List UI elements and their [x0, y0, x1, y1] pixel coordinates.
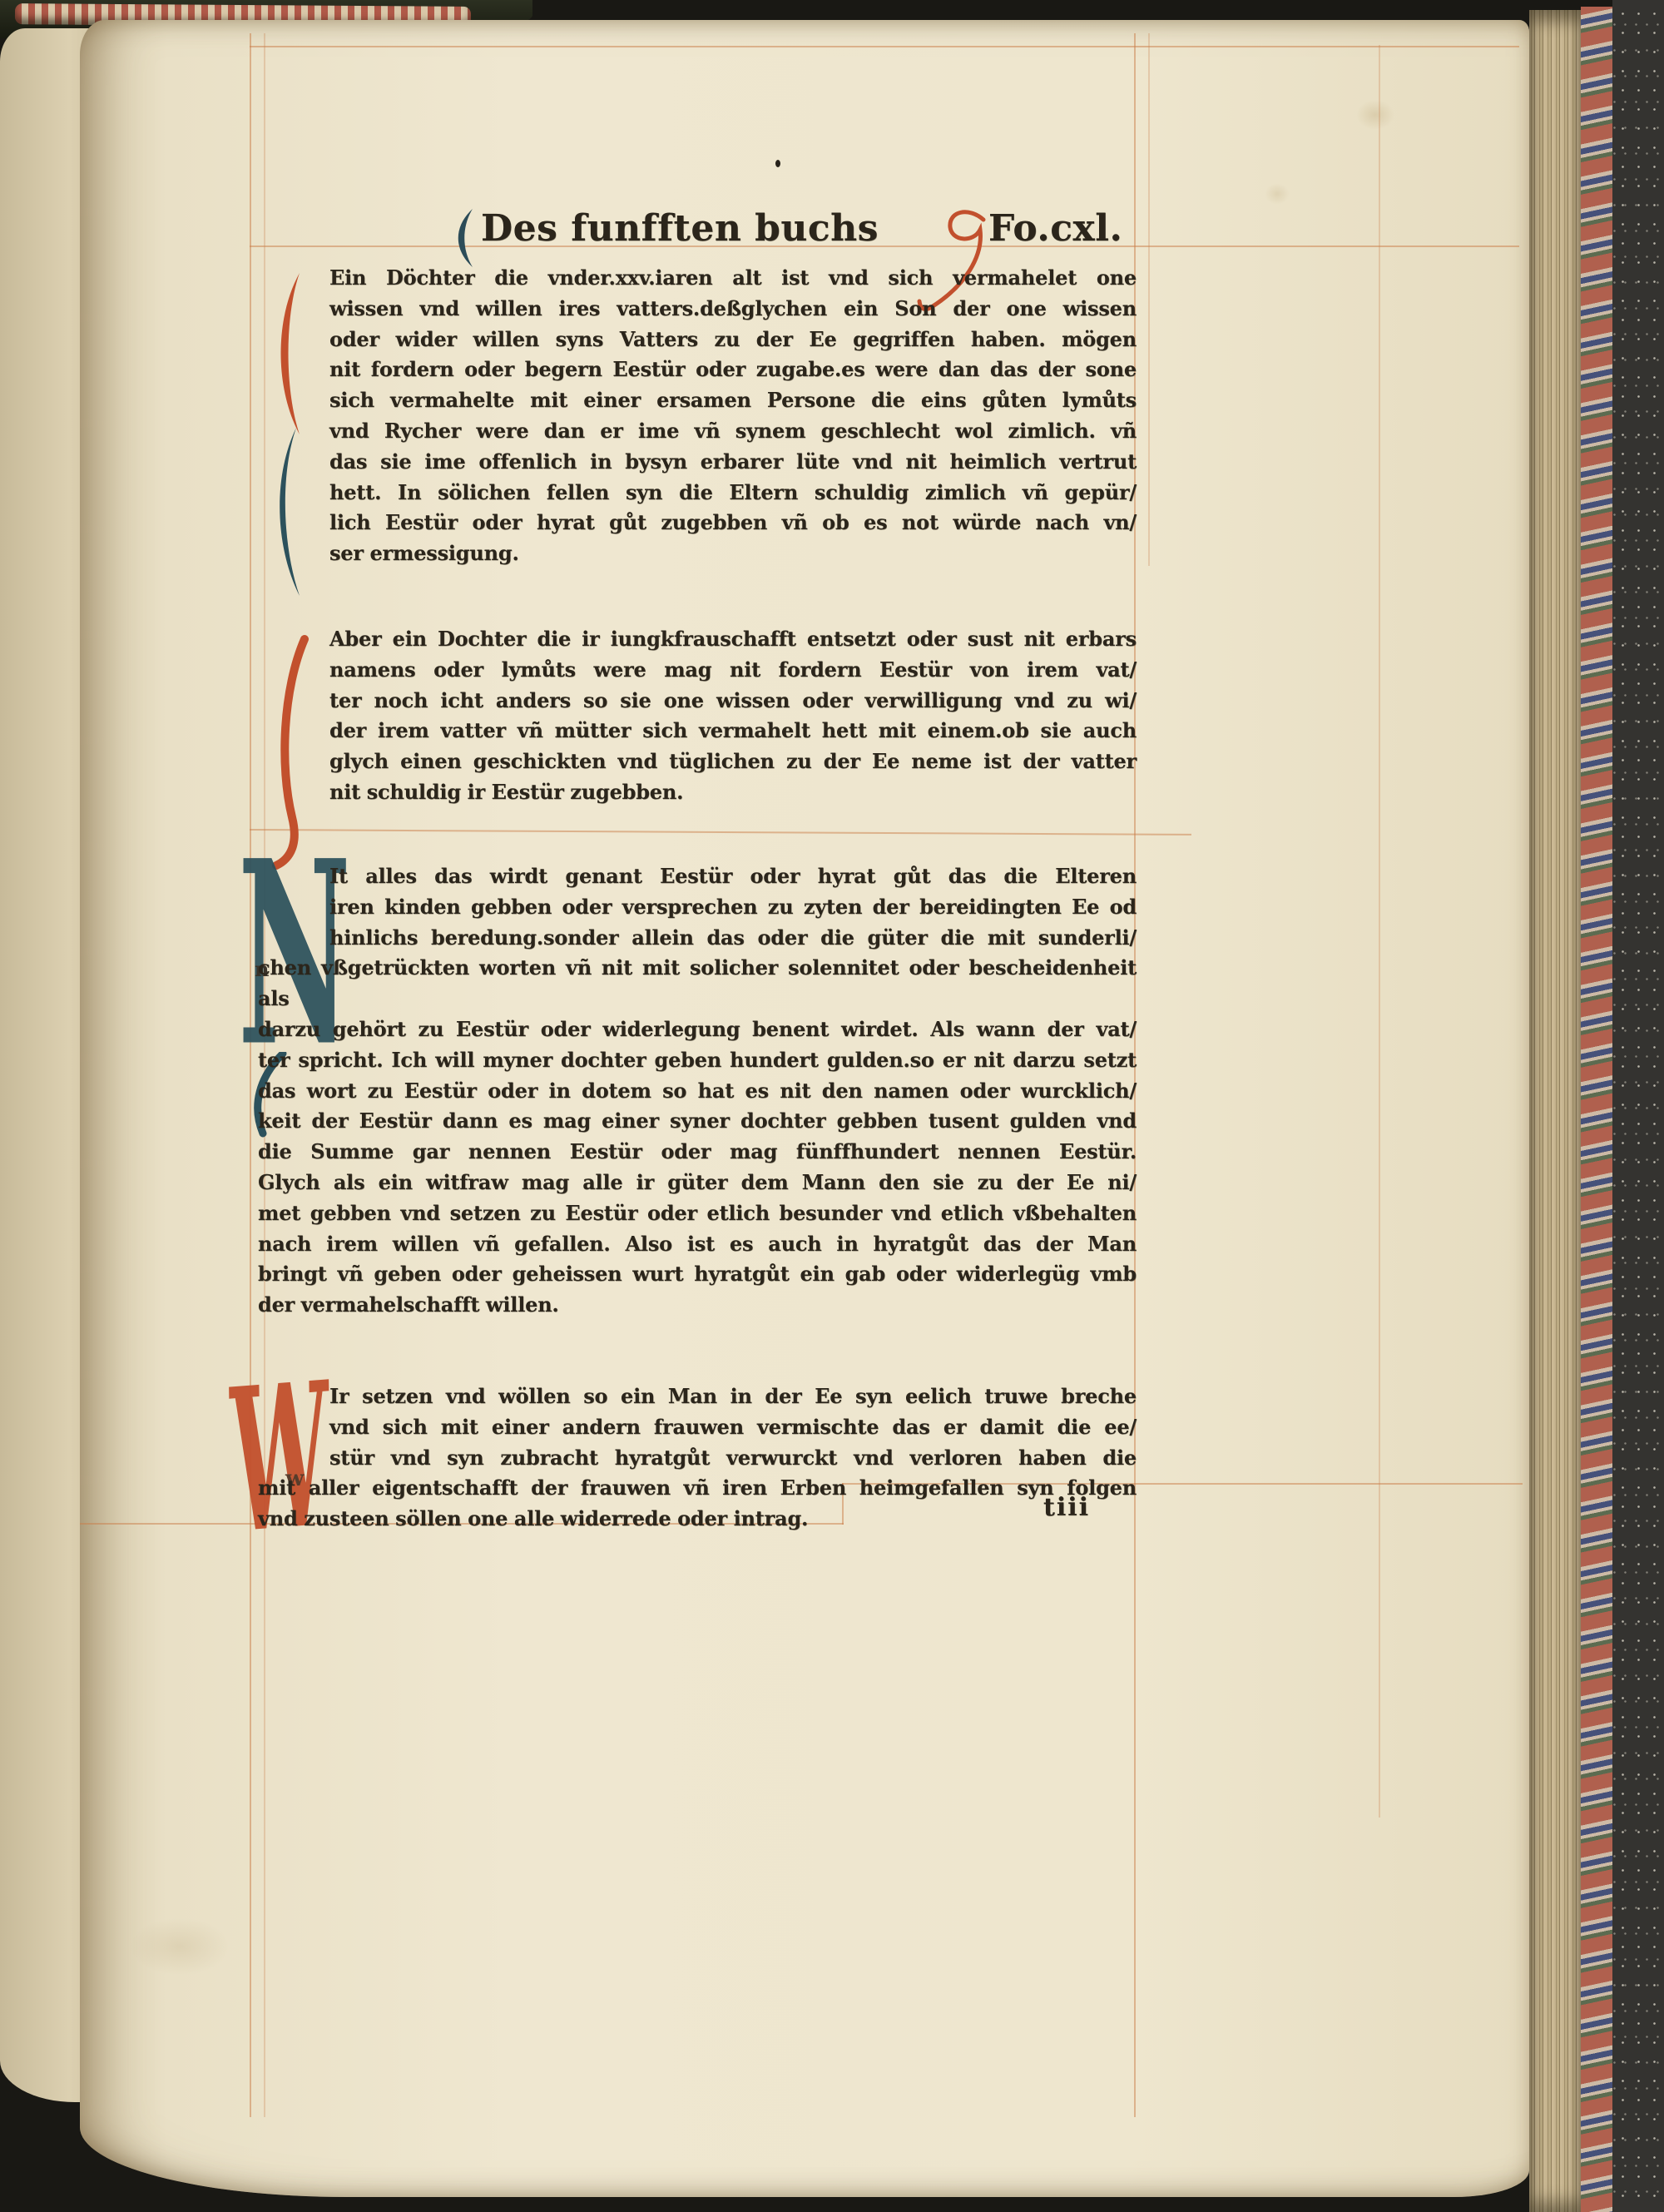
page: Des funfften buchs Fo.cxl. Ein Döchter d… — [80, 20, 1529, 2197]
text-line: die Summe gar nennen Eestür oder mag fün… — [258, 1137, 1137, 1168]
text-line: wissen vnd willen ires vatters.deßglyche… — [258, 294, 1137, 325]
ruled-line-top — [250, 46, 1519, 47]
text-line: vnd Rycher were dan er ime vñ synem gesc… — [258, 416, 1137, 447]
text-line: ter noch icht anders so sie one wissen o… — [258, 686, 1137, 717]
text-line: oder wider willen syns Vatters zu der Ee… — [258, 325, 1137, 355]
paragraph: It alles das wirdt genant Eestür oder hy… — [258, 861, 1137, 1321]
text-line: der vermahelschafft willen. — [258, 1290, 1137, 1321]
text-line: chen vßgetrückten worten vñ nit mit soli… — [258, 953, 1137, 1014]
text-line: It alles das wirdt genant Eestür oder hy… — [258, 861, 1137, 892]
text-line: met gebben vnd setzen zu Eestür oder etl… — [258, 1198, 1137, 1229]
paper-stain — [130, 1917, 230, 1976]
text-line: bringt vñ geben oder geheissen wurt hyra… — [258, 1259, 1137, 1290]
text-line: Glych als ein witfraw mag alle ir güter … — [258, 1168, 1137, 1198]
text-line: darzu gehört zu Eestür oder widerlegung … — [258, 1014, 1137, 1045]
text-line: ter spricht. Ich will myner dochter gebe… — [258, 1045, 1137, 1076]
signature-mark: tiii — [1043, 1493, 1090, 1522]
text-line: hinlichs beredung.sonder allein das oder… — [258, 923, 1137, 954]
paragraph: Ein Döchter die vnder.xxv.iaren alt ist … — [258, 263, 1137, 569]
text-line: vnd zusteen söllen one alle widerrede od… — [258, 1504, 1137, 1535]
text-line: mit aller eigentschafft der frauwen vñ i… — [258, 1473, 1137, 1504]
text-line: vnd sich mit einer andern frauwen vermis… — [258, 1412, 1137, 1443]
text-line: namens oder lymůts were mag nit fordern … — [258, 655, 1137, 686]
text-line: das wort zu Eestür oder in dotem so hat … — [258, 1076, 1137, 1107]
text-line: lich Eestür oder hyrat gůt zugebben vñ o… — [258, 508, 1137, 538]
ruled-line-vertical-margin — [1379, 45, 1380, 1818]
ruled-line-vertical-right-inner — [1148, 33, 1150, 566]
text-line: Aber ein Dochter die ir iungkfrauschafft… — [258, 624, 1137, 655]
book-cover-edge — [1612, 0, 1664, 2212]
paragraph: Aber ein Dochter die ir iungkfrauschafft… — [258, 624, 1137, 808]
text-line: ser ermessigung. — [258, 538, 1137, 569]
ruled-line-below-header — [250, 246, 1519, 247]
marbled-endpaper — [1581, 7, 1614, 2212]
text-line: hett. In sölichen fellen syn die Eltern … — [258, 478, 1137, 508]
photograph-of-incunable-page: { "book_page": { "header": { "title": "D… — [0, 0, 1664, 2212]
folio-number: Fo.cxl. — [988, 210, 1122, 248]
text-line: nit schuldig ir Eestür zugebben. — [258, 777, 1137, 808]
blue-paraph-icon — [449, 206, 479, 270]
paper-stain — [1356, 100, 1394, 130]
ink-spot — [775, 160, 780, 167]
text-line: das sie ime offenlich in bysyn erbarer l… — [258, 447, 1137, 478]
ruled-line-middle — [250, 829, 1191, 836]
text-line: Ein Döchter die vnder.xxv.iaren alt ist … — [258, 263, 1137, 294]
text-line: sich vermahelte mit einer ersamen Person… — [258, 385, 1137, 416]
fore-edge-page-block — [1529, 10, 1582, 2212]
paper-stain — [1265, 183, 1290, 205]
text-line: Ir setzen vnd wöllen so ein Man in der E… — [258, 1381, 1137, 1412]
text-line: keit der Eestür dann es mag einer syner … — [258, 1106, 1137, 1137]
text-line: nit fordern oder begern Eestür oder zuga… — [258, 355, 1137, 385]
text-line: glych einen geschickten vnd tüglichen zu… — [258, 746, 1137, 777]
text-line: der irem vatter vñ mütter sich vermahelt… — [258, 716, 1137, 746]
text-line: stür vnd syn zubracht hyratgůt verwurckt… — [258, 1443, 1137, 1474]
text-line: iren kinden gebben oder versprechen zu z… — [258, 892, 1137, 923]
page-title: Des funfften buchs — [481, 210, 879, 248]
paragraph: Ir setzen vnd wöllen so ein Man in der E… — [258, 1381, 1137, 1535]
text-line: nach irem willen vñ gefallen. Also ist e… — [258, 1229, 1137, 1260]
